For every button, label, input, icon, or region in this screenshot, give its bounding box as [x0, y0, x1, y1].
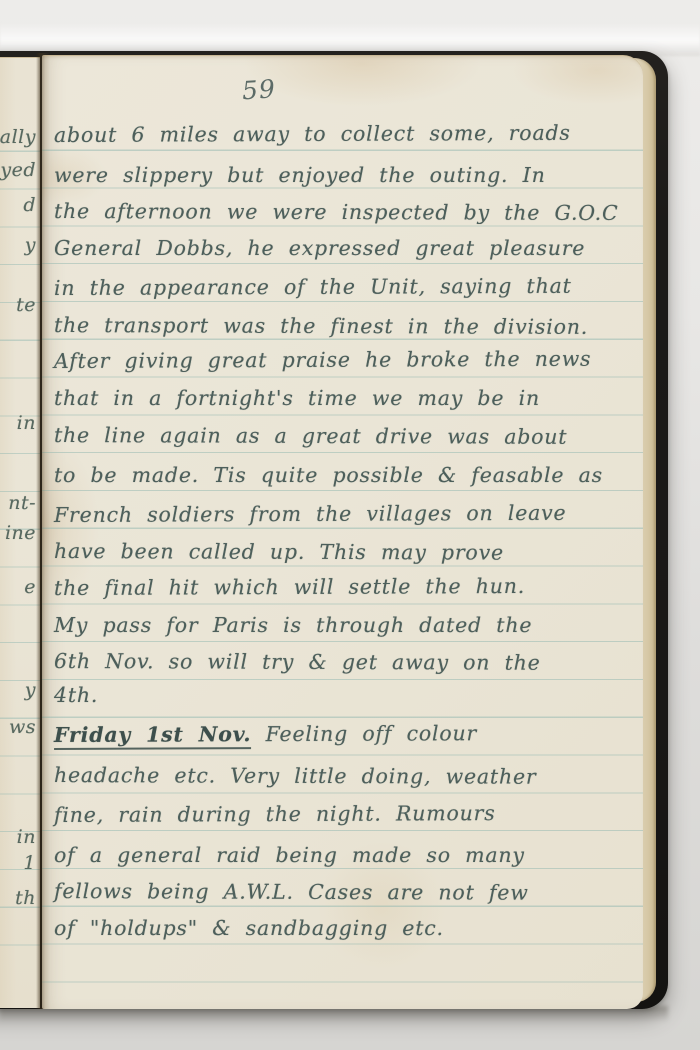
handwritten-line: the afternoon we were inspected by the G…	[54, 199, 619, 225]
handwritten-line: fellows being A.W.L. Cases are not few	[54, 879, 529, 905]
handwritten-line-date: Friday 1st Nov. Feeling off colour	[54, 721, 477, 747]
handwritten-line: in the appearance of the Unit, saying th…	[54, 274, 572, 300]
left-page-sliver: ially royed d y te in nt- ine e y ws in …	[0, 57, 40, 1008]
diary-notebook: ially royed d y te in nt- ine e y ws in …	[0, 0, 700, 1050]
left-page-text-fragment: ws	[9, 716, 36, 738]
handwritten-line: were slippery but enjoyed the outing. In	[54, 163, 546, 187]
left-page-text-fragment: ially	[0, 126, 36, 148]
handwritten-line: the final hit which will settle the hun.	[54, 574, 525, 600]
handwritten-entry: about 6 miles away to collect some, road…	[54, 56, 639, 1009]
handwritten-line: headache etc. Very little doing, weather	[54, 763, 537, 789]
left-page-text-fragment: d	[23, 194, 36, 216]
handwritten-line: that in a fortnight's time we may be in	[54, 386, 540, 410]
handwritten-line: 6th Nov. so will try & get away on the	[54, 649, 541, 675]
left-page-text-fragment: y	[25, 234, 36, 256]
left-page-text-fragment: 1	[23, 852, 36, 874]
left-page-text-fragment: ine	[5, 522, 36, 544]
left-page-text-fragment: e	[24, 576, 36, 598]
handwritten-line: fine, rain during the night. Rumours	[54, 801, 496, 827]
handwritten-line: of "holdups" & sandbagging etc.	[54, 916, 444, 940]
left-page-text-fragment: y	[25, 679, 36, 701]
handwritten-line: have been called up. This may prove	[54, 539, 504, 565]
handwritten-line: the line again as a great drive was abou…	[54, 423, 567, 449]
left-page-text-fragment: te	[16, 294, 36, 316]
handwritten-line: of a general raid being made so many	[54, 843, 525, 867]
handwritten-line: about 6 miles away to collect some, road…	[54, 121, 571, 147]
left-page-text-fragment: in	[17, 412, 36, 434]
left-page-text-fragment: royed	[0, 159, 36, 181]
diary-page: 59 about 6 miles away to collect some, r…	[42, 55, 643, 1009]
handwritten-line: After giving great praise he broke the n…	[54, 347, 591, 373]
handwritten-line: French soldiers from the villages on lea…	[54, 501, 567, 527]
left-page-text-fragment: th	[15, 887, 36, 909]
entry-date-underlined: Friday 1st Nov.	[54, 722, 251, 750]
left-page-text-fragment: in	[17, 826, 36, 848]
handwritten-line: to be made. Tis quite possible & feasabl…	[54, 463, 603, 487]
handwritten-line: 4th.	[54, 683, 98, 707]
handwritten-line: the transport was the finest in the divi…	[54, 313, 588, 339]
handwritten-line: General Dobbs, he expressed great pleasu…	[54, 236, 585, 260]
left-page-text-fragment: nt-	[8, 492, 36, 514]
handwritten-line: My pass for Paris is through dated the	[54, 613, 532, 637]
gutter-shadow	[36, 53, 50, 1009]
entry-date-rest: Feeling off colour	[266, 721, 478, 746]
